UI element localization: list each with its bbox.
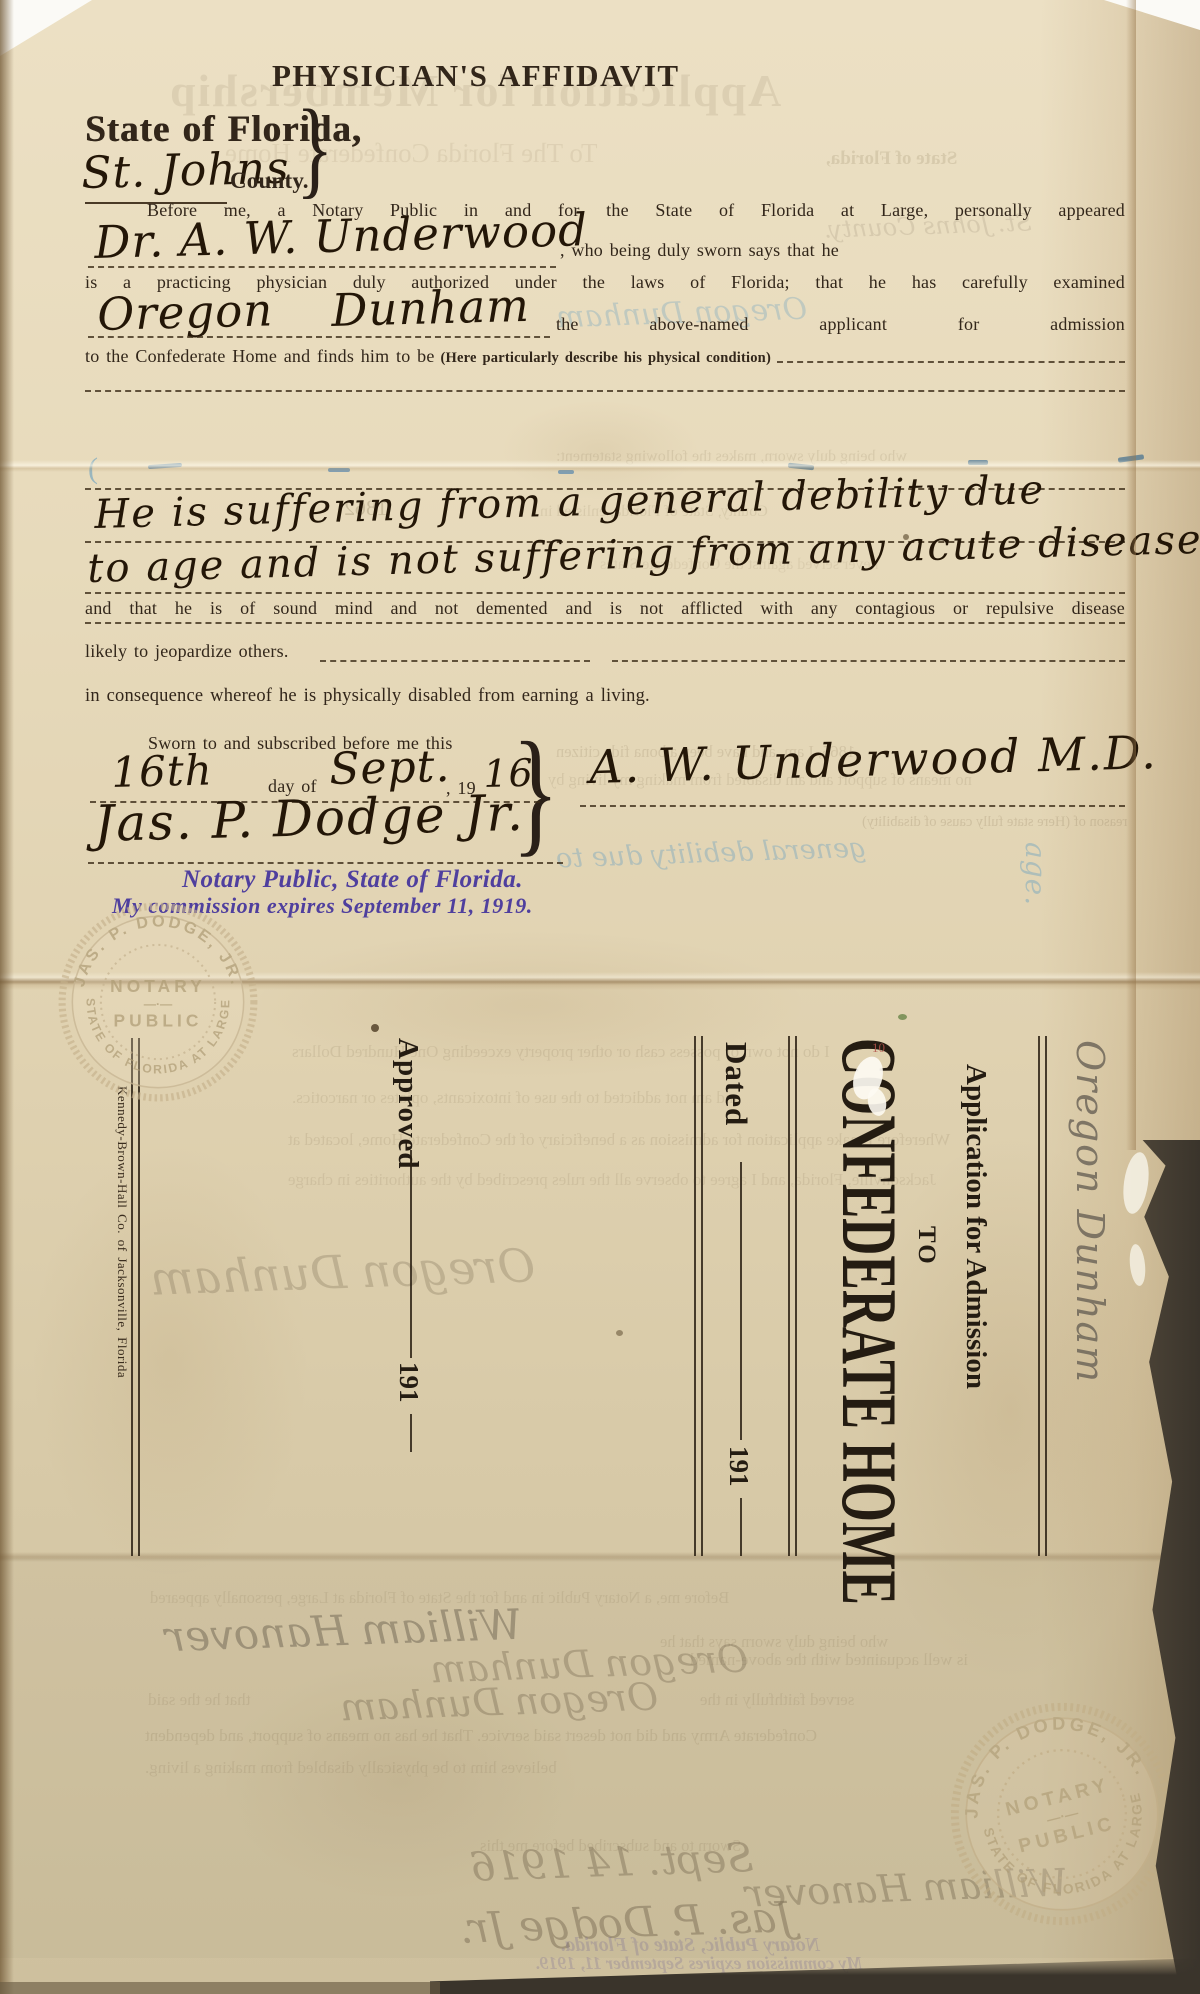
printer-credit: Kennedy-Brown-Hall Co. of Jacksonville, … bbox=[114, 1086, 130, 1378]
cover-border-rule bbox=[701, 1036, 703, 1556]
cover-border-rule bbox=[1045, 1036, 1047, 1556]
blank-line bbox=[88, 266, 556, 268]
approved-year: 191 bbox=[393, 1362, 424, 1403]
cover-border-rule bbox=[788, 1036, 790, 1556]
scanned-document-page: Application for Membership To The Florid… bbox=[0, 0, 1200, 1994]
body-line: , who being duly sworn says that he bbox=[560, 240, 839, 261]
approved-blank-line bbox=[410, 1150, 412, 1358]
bleedthrough-text: age. bbox=[1019, 842, 1052, 906]
dated-blank-line bbox=[740, 1162, 742, 1440]
paper-right-edge bbox=[1126, 0, 1136, 1150]
seal-divider: —·— bbox=[144, 997, 173, 1011]
bleedthrough-text: and am not addicted to the use of intoxi… bbox=[292, 1088, 741, 1108]
notary-stamp-line1: Notary Public, State of Florida. bbox=[182, 866, 523, 894]
ink-spot bbox=[371, 1024, 379, 1032]
cover-border-rule bbox=[131, 1038, 133, 1556]
applicant-last-handwriting: Dunham bbox=[331, 279, 531, 337]
blank-line bbox=[320, 660, 590, 662]
bleedthrough-text: general debility due to bbox=[556, 833, 867, 875]
dated-year: 191 bbox=[723, 1446, 754, 1487]
bleedthrough-text: believes him to be physically disabled f… bbox=[145, 1758, 557, 1778]
stain bbox=[30, 1140, 310, 1580]
condition-parenthetical: (Here particularly describe his physical… bbox=[441, 350, 771, 367]
paper-left-edge bbox=[0, 0, 14, 1994]
notary-signature: Jas. P. Dodge Jr. bbox=[93, 784, 525, 853]
fold-crease bbox=[0, 460, 1200, 472]
to-label: TO bbox=[912, 1226, 940, 1266]
body-line: to the Confederate Home and finds him to… bbox=[85, 346, 435, 367]
dated-label: Dated bbox=[718, 1042, 754, 1126]
bleedthrough-text: Confederate Army and did not desert said… bbox=[145, 1726, 817, 1746]
approved-label: Approved bbox=[391, 1038, 424, 1170]
bleedthrough-text: reason of (Here state fully cause of dis… bbox=[862, 814, 1127, 831]
bleedthrough-text: that he the said bbox=[148, 1690, 250, 1710]
blank-line bbox=[777, 361, 1125, 363]
bottom-left-edge bbox=[0, 1982, 440, 1994]
embossed-notary-seal: JAS. P. DODGE, JR. STATE OF FLORIDA AT L… bbox=[56, 900, 260, 1104]
blank-line bbox=[85, 622, 1125, 624]
application-for-admission: Application for Admission bbox=[959, 1064, 992, 1389]
county-label: County. bbox=[230, 168, 309, 194]
blank-line bbox=[612, 660, 1125, 662]
dated-blank-line bbox=[740, 1498, 742, 1556]
blank-line bbox=[85, 592, 1125, 594]
bleedthrough-text: served faithfully in the bbox=[700, 1690, 854, 1710]
cover-border-rule bbox=[1038, 1036, 1040, 1556]
confederate-home-title: CONFEDERATE HOME bbox=[824, 1038, 914, 1605]
body-line: the above-named applicant for admission bbox=[556, 314, 1125, 335]
approved-blank-line bbox=[410, 1414, 412, 1452]
body-line: in consequence whereof he is physically … bbox=[85, 686, 650, 707]
red-mark: 10 bbox=[872, 1040, 885, 1056]
green-fleck bbox=[898, 1014, 907, 1020]
day-handwriting: 16th bbox=[111, 745, 214, 797]
body-line: likely to jeopardize others. bbox=[85, 641, 289, 662]
cover-border-rule bbox=[795, 1036, 797, 1556]
condition-row: to the Confederate Home and finds him to… bbox=[85, 346, 1125, 367]
blank-line bbox=[580, 805, 1125, 807]
ink-spot bbox=[616, 1330, 623, 1336]
cover-border-rule bbox=[694, 1036, 696, 1556]
pencil-name-handwriting: Oregon Dunham bbox=[1068, 1040, 1112, 1384]
body-line: and that he is of sound mind and not dem… bbox=[85, 598, 1125, 619]
seal-center-text: PUBLIC bbox=[114, 1010, 203, 1030]
blank-line bbox=[88, 336, 550, 338]
applicant-first-handwriting: Oregon bbox=[97, 283, 274, 341]
bleedthrough-text: State of Florida, bbox=[826, 148, 957, 170]
blank-line bbox=[85, 390, 1125, 392]
blank-line bbox=[88, 862, 563, 864]
seal-center-text: NOTARY bbox=[110, 976, 206, 996]
cover-border-rule bbox=[138, 1038, 140, 1556]
